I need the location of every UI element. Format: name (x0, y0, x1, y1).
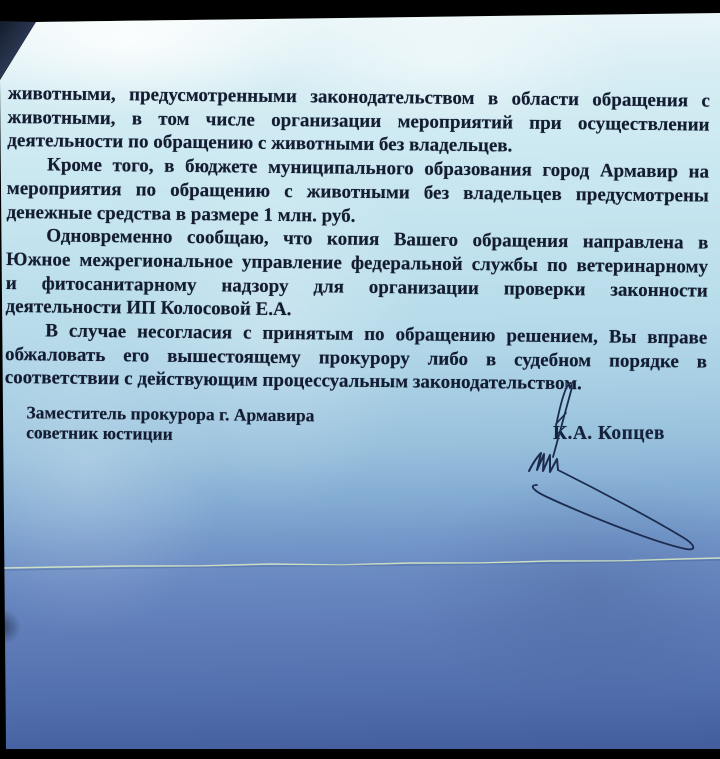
paragraph: Одновременно сообщаю, что копия Вашего о… (5, 224, 708, 326)
paper-sheet: животными, предусмотренными законодатель… (0, 0, 720, 759)
paragraph: животными, предусмотренными законодатель… (7, 82, 710, 161)
paragraph: В случае несогласия с принятым по обраще… (5, 319, 708, 398)
signoff-name: К.А. Копцев (553, 423, 665, 445)
paragraph: Кроме того, в бюджете муниципального обр… (6, 153, 709, 232)
letter-body-text: животными, предусмотренными законодатель… (4, 82, 710, 450)
photo-of-document: животными, предусмотренными законодатель… (0, 0, 720, 759)
